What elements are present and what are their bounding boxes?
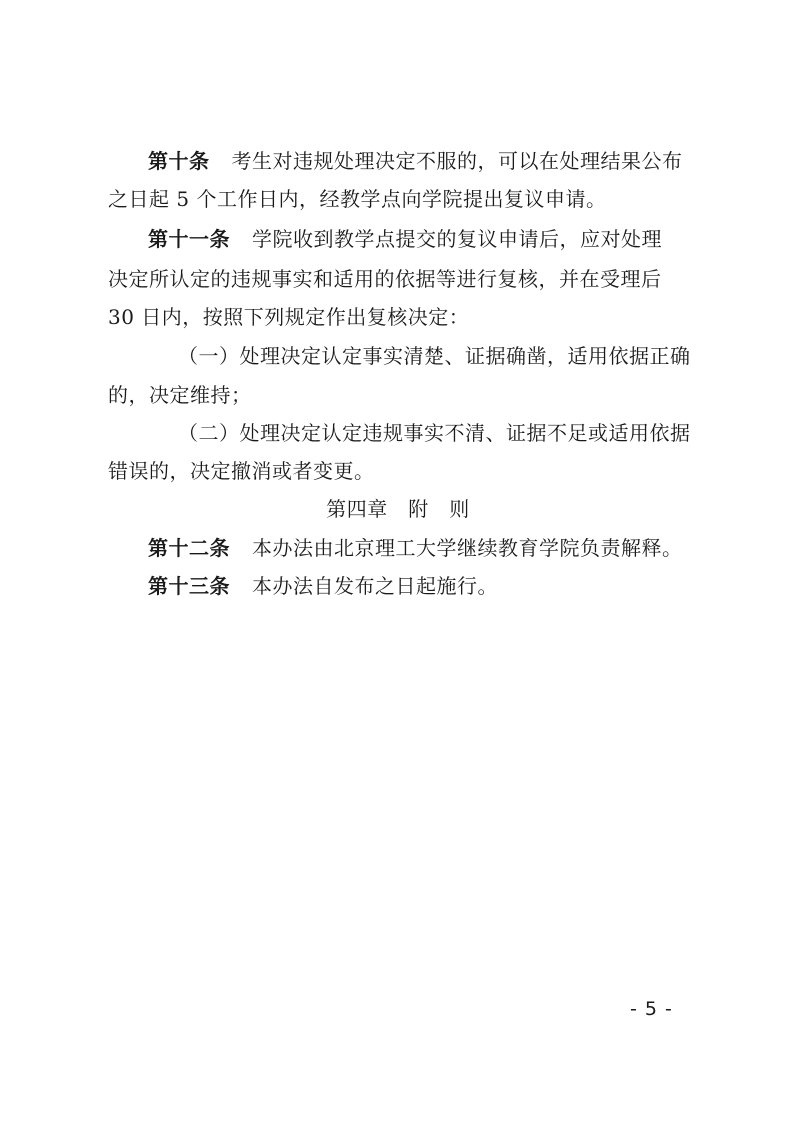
article-13-title: 第十三条 <box>148 574 230 598</box>
article-11-line-3: 30 日内，按照下列规定作出复核决定： <box>108 304 698 330</box>
article-10-line-1: 第十条考生对违规处理决定不服的，可以在处理结果公布 <box>108 148 738 174</box>
article-11-line-1: 第十一条学院收到教学点提交的复议申请后，应对处理 <box>108 226 738 252</box>
item-1-line-2: 的，决定维持； <box>108 382 698 408</box>
article-13: 第十三条本办法自发布之日起施行。 <box>108 573 738 599</box>
chapter-heading: 第四章 附 则 <box>108 496 688 522</box>
item-2-line-1: （二）处理决定认定违规事实不清、证据不足或适用依据 <box>108 420 768 446</box>
item-2-line-2: 错误的，决定撤消或者变更。 <box>108 458 698 484</box>
article-10-title: 第十条 <box>148 149 210 173</box>
article-11-line-2: 决定所认定的违规事实和适用的依据等进行复核，并在受理后 <box>108 266 698 292</box>
article-12-title: 第十二条 <box>148 536 230 560</box>
article-11-title: 第十一条 <box>148 227 230 251</box>
article-12: 第十二条本办法由北京理工大学继续教育学院负责解释。 <box>108 535 738 561</box>
document-page: 第十条考生对违规处理决定不服的，可以在处理结果公布 之日起 5 个工作日内，经教… <box>0 0 794 1123</box>
article-11-text: 学院收到教学点提交的复议申请后，应对处理 <box>252 227 662 251</box>
article-10-line-2: 之日起 5 个工作日内，经教学点向学院提出复议申请。 <box>108 186 698 212</box>
article-12-text: 本办法由北京理工大学继续教育学院负责解释。 <box>252 536 683 560</box>
item-1-line-1: （一）处理决定认定事实清楚、证据确凿，适用依据正确 <box>108 343 768 369</box>
page-number: - 5 - <box>630 998 673 1020</box>
article-10-text: 考生对违规处理决定不服的，可以在处理结果公布 <box>232 149 683 173</box>
article-13-text: 本办法自发布之日起施行。 <box>252 574 498 598</box>
